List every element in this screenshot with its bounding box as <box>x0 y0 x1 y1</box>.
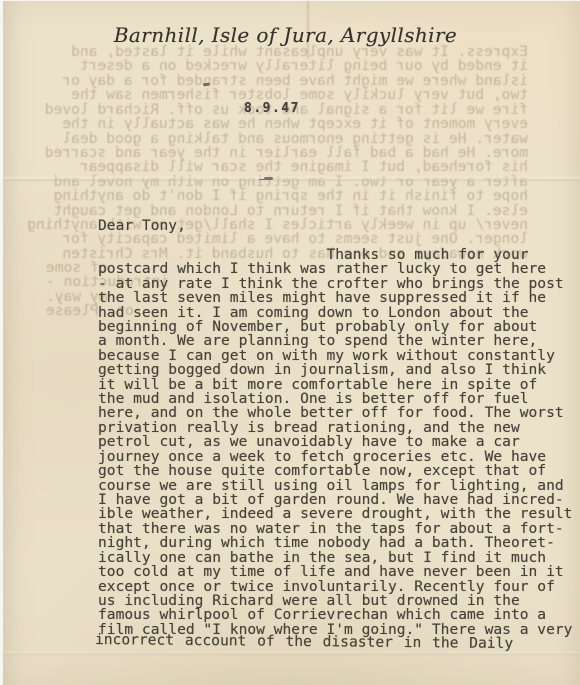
letter-body-last-line: incorrect account of the disaster in the… <box>95 631 513 652</box>
fold-crease-bottom <box>3 652 580 655</box>
letter-paper: Express. It was very unpleasant while it… <box>3 1 580 685</box>
letter-date: 8.9.47 <box>244 101 300 116</box>
ink-speck <box>264 177 273 180</box>
letter-body: Dear Tony, Thanks so much for your postc… <box>98 219 572 637</box>
letter-scan: Express. It was very unpleasant while it… <box>0 0 580 685</box>
fold-crease-horizontal <box>3 177 580 181</box>
letterhead-address: Barnhill, Isle of Jura, Argyllshire <box>3 23 568 47</box>
ink-speck <box>203 83 210 87</box>
